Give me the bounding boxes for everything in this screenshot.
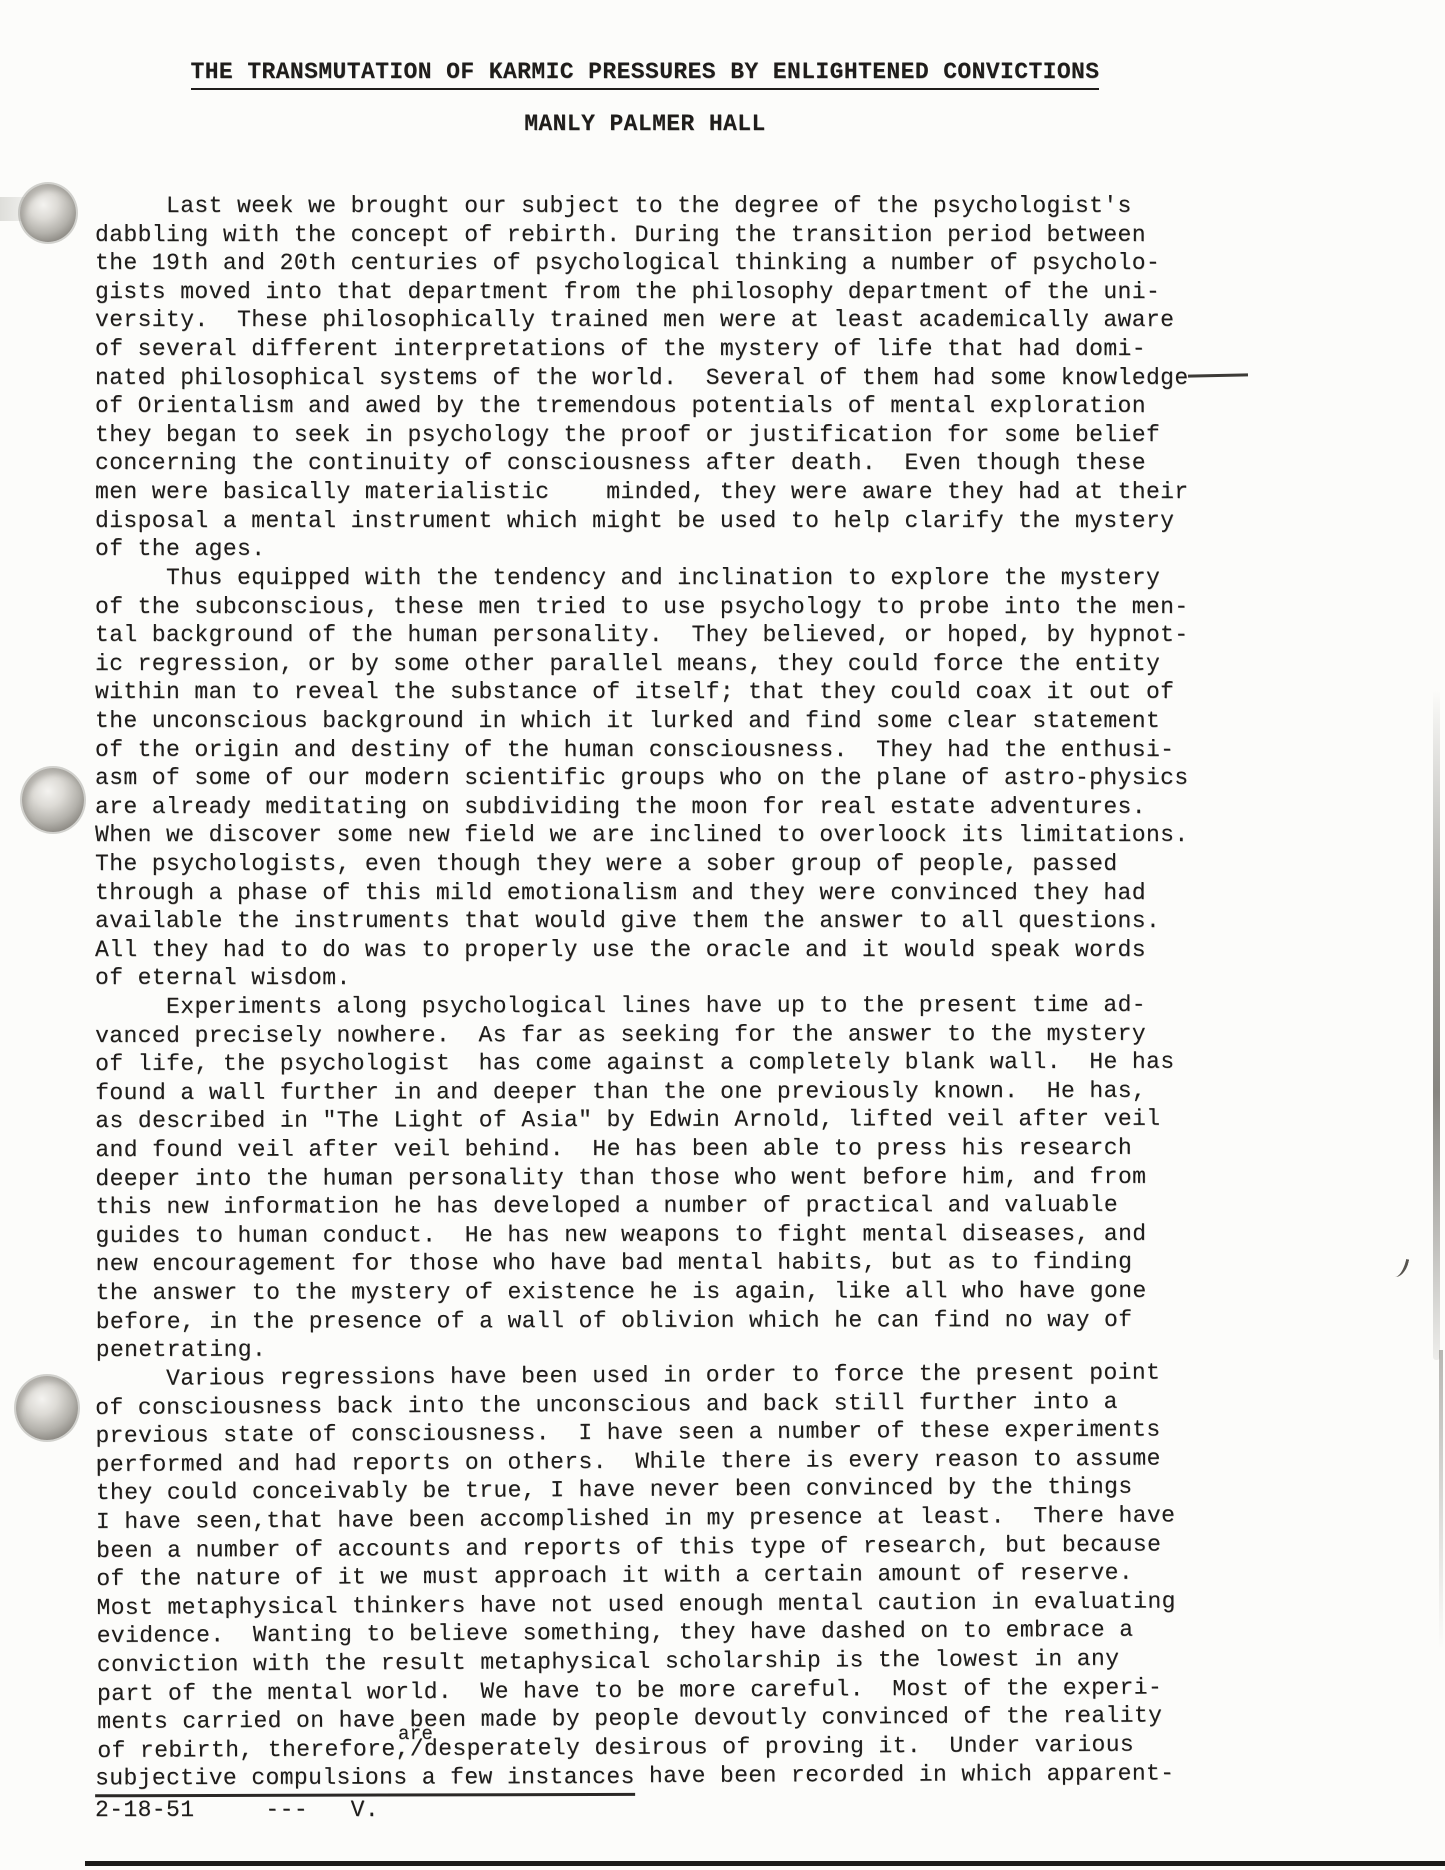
scan-edge-shadow [1439, 1350, 1443, 1650]
paragraph-1: Last week we brought our subject to the … [95, 192, 1189, 564]
last-line-rest: have been recorded in which apparent- [635, 1760, 1175, 1789]
title-row: THE TRANSMUTATION OF KARMIC PRESSURES BY… [95, 58, 1195, 90]
scanned-document-page: THE TRANSMUTATION OF KARMIC PRESSURES BY… [0, 0, 1445, 1870]
scan-edge-shadow [1433, 690, 1440, 1360]
paragraph-4-last-line: subjective compulsions a few instances h… [95, 1759, 1175, 1797]
document-title: THE TRANSMUTATION OF KARMIC PRESSURES BY… [191, 58, 1100, 90]
hole-punch-icon [22, 768, 84, 832]
date-footer: 2-18-51 --- V. [95, 1796, 379, 1825]
hole-punch-icon [16, 1376, 78, 1440]
paragraph-3: Experiments along psychological lines ha… [95, 991, 1175, 1365]
author-row: MANLY PALMER HALL [95, 110, 1195, 139]
stray-pen-mark [1394, 1257, 1410, 1279]
document-author: MANLY PALMER HALL [524, 110, 765, 139]
scan-artifact-line [1188, 373, 1248, 377]
hole-punch-icon [20, 184, 76, 242]
scan-bottom-edge [85, 1861, 1445, 1866]
paragraph-4: Various regressions have been used in or… [95, 1358, 1177, 1765]
underlined-phrase: subjective compulsions a few instances [95, 1763, 635, 1797]
typed-insertion-word: are [398, 1723, 433, 1745]
paragraph-2: Thus equipped with the tendency and incl… [95, 564, 1189, 993]
